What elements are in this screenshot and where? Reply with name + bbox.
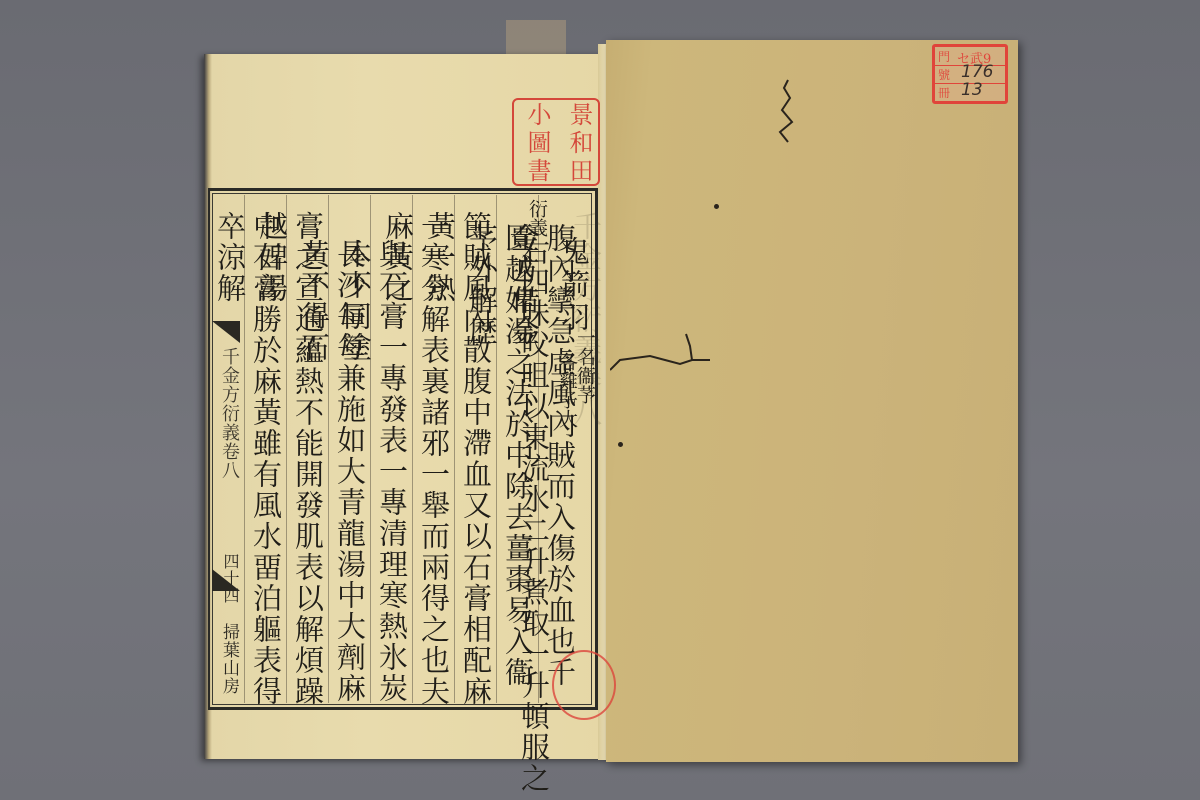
fishtail-icon — [212, 569, 240, 591]
seal-char: 和 — [556, 128, 598, 156]
ink-spot — [618, 442, 623, 447]
interlinear-note: 一名衞芧 — [576, 328, 594, 404]
label-key: 冊 — [938, 84, 950, 101]
label-key: 門 — [938, 48, 950, 65]
ink-spot — [714, 204, 719, 209]
seal-char: 景 — [556, 100, 598, 128]
round-seal — [552, 650, 616, 720]
seal-char: 小 — [514, 100, 556, 128]
text-column: 右四味㕮咀以東流水二升煮取一升頓服之 — [516, 236, 552, 794]
text-column-heading: 鬼箭羽 — [556, 236, 592, 335]
text-column: 與石膏一專發表一專清理寒熱氷炭本不同塗 — [374, 239, 410, 707]
right-page — [606, 40, 1018, 762]
collector-seal: 景 和 田 小 圖 書 — [512, 98, 600, 186]
label-row: 冊 13 — [935, 83, 1005, 101]
seal-char: 田 — [556, 156, 598, 184]
paper-crack — [610, 330, 720, 380]
library-label: 門 セ武9 號 176 冊 13 — [932, 44, 1008, 104]
margin-publisher: 掃葉山房 — [216, 623, 242, 695]
seal-char: 圖 — [514, 128, 556, 156]
label-value: 176 — [961, 62, 993, 82]
label-value: 13 — [961, 80, 983, 100]
margin-title: 千金方衍義卷八 — [216, 347, 242, 480]
ink-squiggle — [770, 70, 800, 150]
seal-char: 書 — [514, 156, 556, 184]
fishtail-icon — [212, 321, 240, 343]
label-key: 號 — [938, 66, 950, 83]
